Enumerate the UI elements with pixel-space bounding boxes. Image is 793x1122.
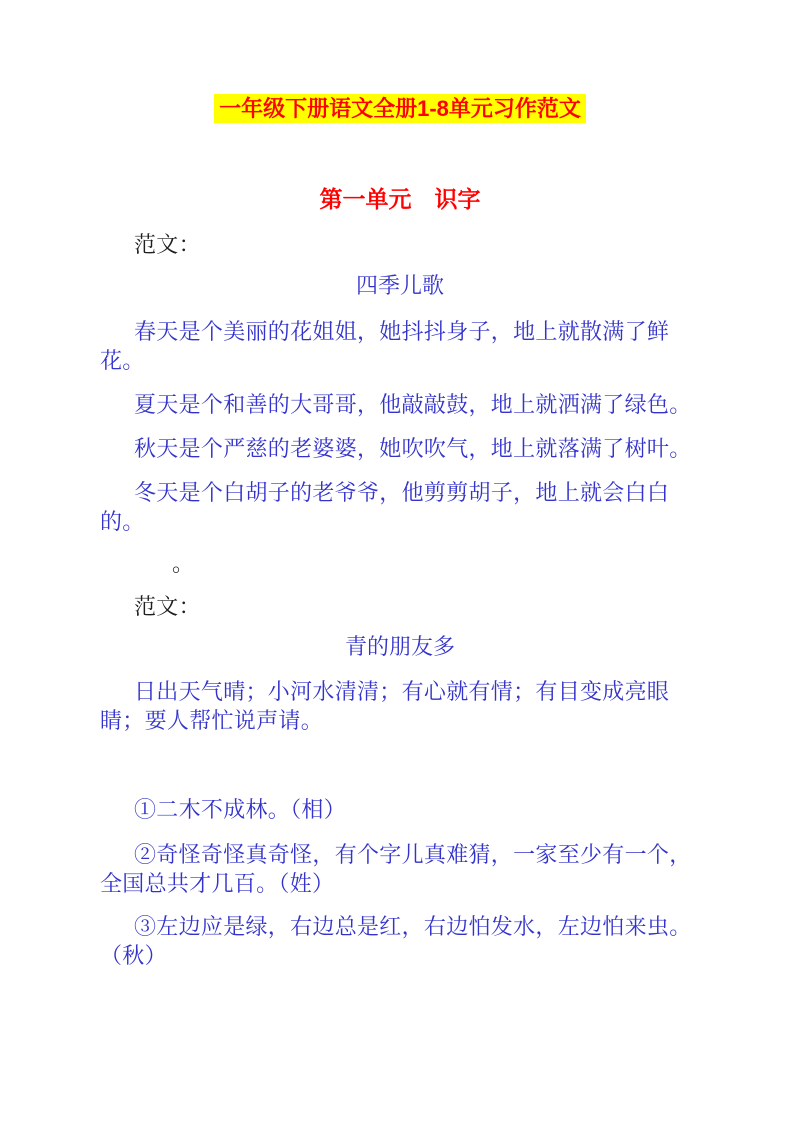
doc-title: 一年级下册语文全册1-8单元习作范文 (100, 93, 700, 125)
sample1-poem-title: 四季儿歌 (100, 272, 700, 300)
paragraph-autumn: 秋天是个严慈的老婆婆，她吹吹气，地上就落满了树叶。 (100, 434, 700, 463)
paragraph-winter: 冬天是个白胡子的老爷爷，他剪剪胡子，地上就会白白的。 (100, 478, 700, 536)
sample2-label: 范文： (100, 592, 700, 621)
paragraph-spring: 春天是个美丽的花姐姐，她抖抖身子，地上就散满了鲜花。 (100, 317, 700, 375)
paragraph-summer: 夏天是个和善的大哥哥，他敲敲鼓，地上就洒满了绿色。 (100, 390, 700, 419)
sample1-label: 范文： (100, 230, 700, 259)
riddle-1: ①二木不成林。（相） (100, 795, 700, 824)
stray-period-line: 。 (100, 549, 700, 578)
unit-heading: 第一单元 识字 (100, 185, 700, 213)
sample2-body: 日出天气晴；小河水清清；有心就有情；有目变成亮眼睛；要人帮忙说声请。 (100, 677, 700, 735)
riddle-3: ③左边应是绿，右边总是红，右边怕发水，左边怕来虫。（秋） (100, 912, 700, 970)
doc-title-highlight: 一年级下册语文全册1-8单元习作范文 (214, 94, 586, 123)
sample2-poem-title: 青的朋友多 (100, 633, 700, 661)
riddle-2: ②奇怪奇怪真奇怪，有个字儿真难猜，一家至少有一个，全国总共才几百。（姓） (100, 840, 700, 898)
document-page: 一年级下册语文全册1-8单元习作范文 第一单元 识字 范文： 四季儿歌 春天是个… (0, 0, 793, 1122)
